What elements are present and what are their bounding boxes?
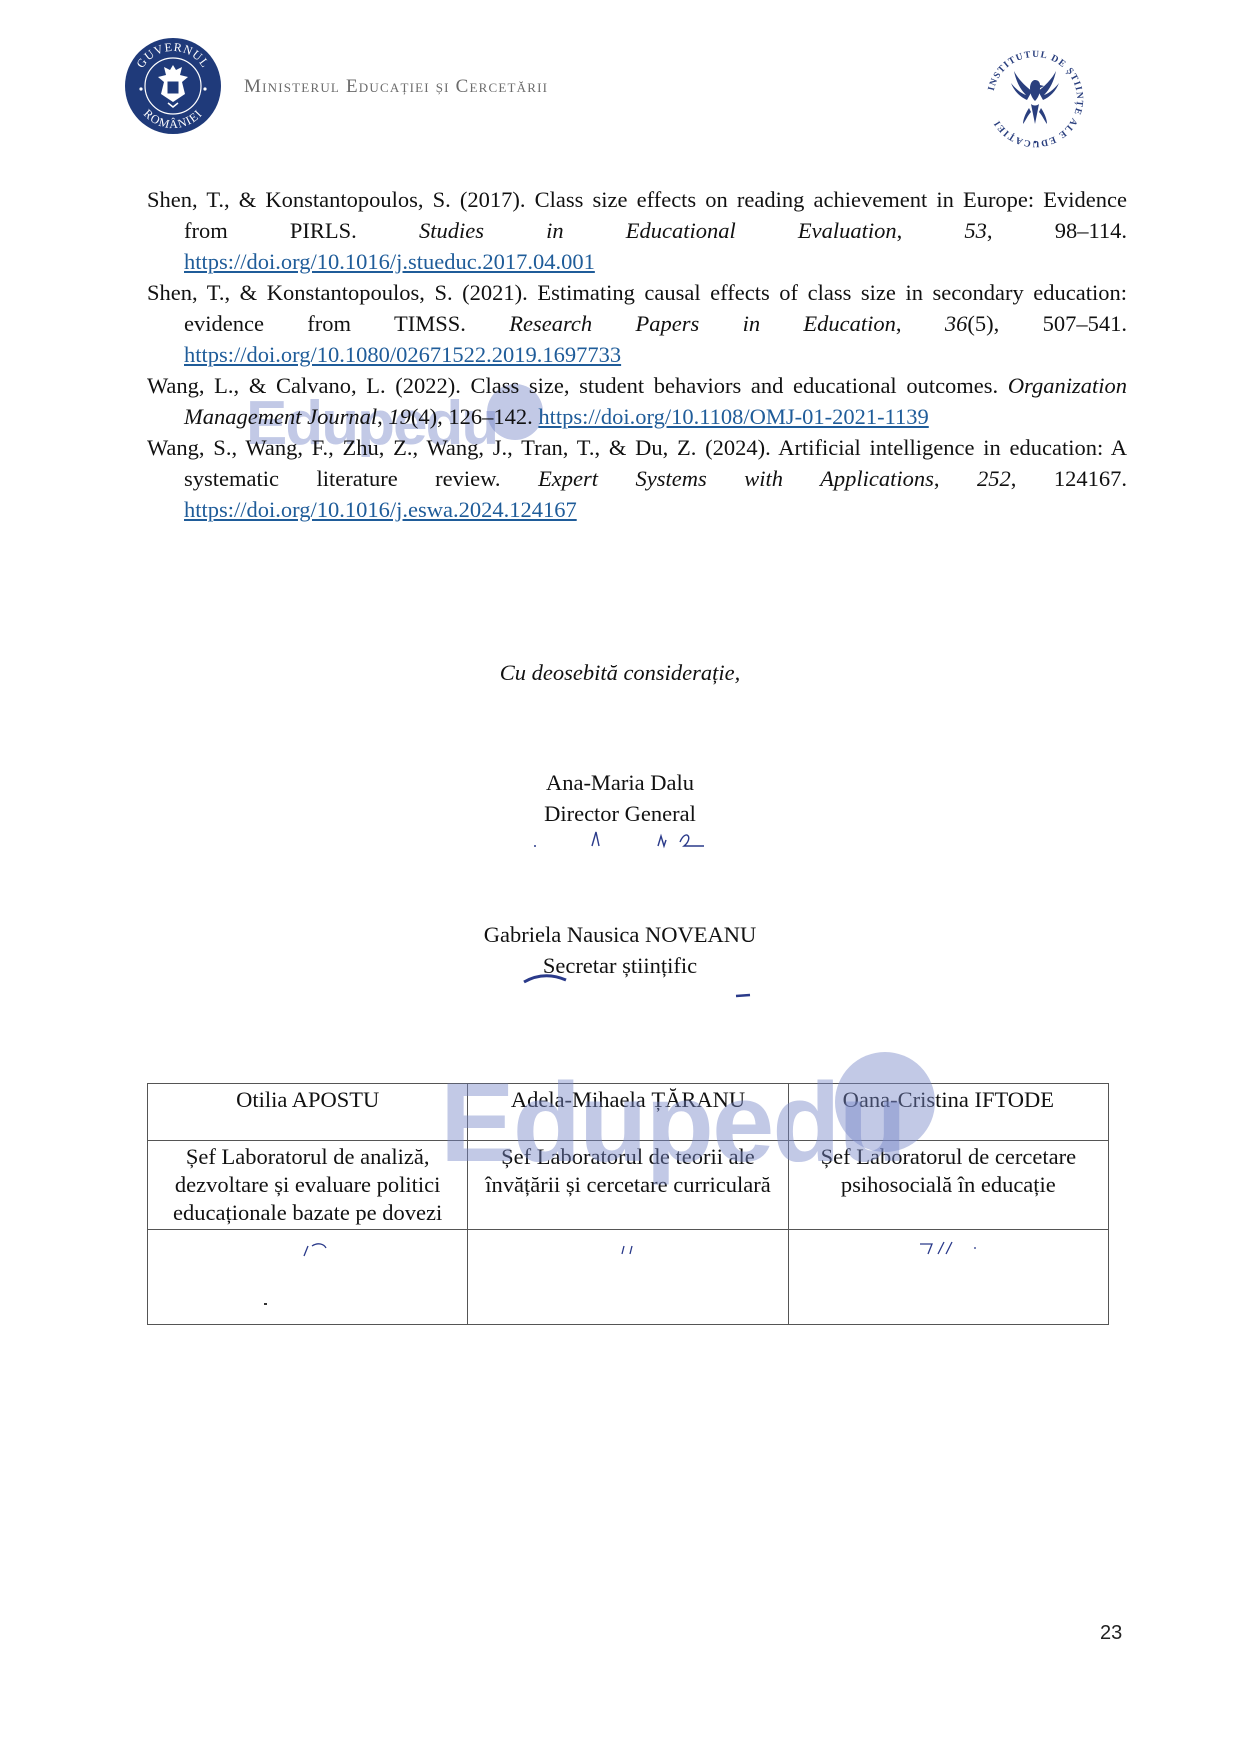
institutul-de-stiinte-ale-educatiei-phoenix-icon: INSTITUTUL DE ȘTIINȚE ALE EDUCAȚIEI [982,46,1088,152]
reference-list: Shen, T., & Konstantopoulos, S. (2017). … [147,184,1127,525]
reference-item: Shen, T., & Konstantopoulos, S. (2017). … [147,184,1127,277]
signature-scribble-icon [208,1232,408,1312]
signature-scribble-icon [848,1232,1048,1312]
table-cell-signature [468,1230,788,1325]
signature-scribble-icon [530,828,720,850]
page-number: 23 [1100,1622,1122,1645]
table-cell-role: Șef Laboratorul de analiză, dezvoltare ș… [148,1141,468,1230]
signatory-name: Gabriela Nausica NOVEANU [0,919,1240,950]
doi-link[interactable]: https://doi.org/10.1016/j.eswa.2024.1241… [184,497,577,522]
signatory-name: Ana-Maria Dalu [0,767,1240,798]
signatory-role: Director General [0,798,1240,829]
doi-link[interactable]: https://doi.org/10.1108/OMJ-01-2021-1139 [538,404,928,429]
ministry-name: Ministerul Educației și Cercetării [244,76,548,98]
table-cell-role: Șef Laboratorul de cercetare psihosocial… [788,1141,1108,1230]
signature-scribble-icon [520,972,760,1002]
table-row-roles: Șef Laboratorul de analiză, dezvoltare ș… [148,1141,1109,1230]
closing-salutation: Cu deosebită considerație, [0,660,1240,686]
reference-item: Shen, T., & Konstantopoulos, S. (2021). … [147,277,1127,370]
doi-link[interactable]: https://doi.org/10.1080/02671522.2019.16… [184,342,621,367]
reference-item: Wang, S., Wang, F., Zhu, Z., Wang, J., T… [147,432,1127,525]
doi-link[interactable]: https://doi.org/10.1016/j.stueduc.2017.0… [184,249,595,274]
table-cell-role: Șef Laboratorul de teorii ale învățării … [468,1141,788,1230]
guvernul-romaniei-seal-icon: GUVERNUL ROMÂNIEI [124,37,222,135]
table-cell-signature [788,1230,1108,1325]
reference-item: Wang, L., & Calvano, L. (2022). Class si… [147,370,1127,432]
table-cell-name: Adela-Mihaela ȚĂRANU [468,1084,788,1141]
signature-table: Otilia APOSTU Adela-Mihaela ȚĂRANU Oana-… [147,1083,1109,1325]
signature-scribble-icon [528,1232,728,1312]
table-cell-signature [148,1230,468,1325]
table-row-names: Otilia APOSTU Adela-Mihaela ȚĂRANU Oana-… [148,1084,1109,1141]
table-cell-name: Otilia APOSTU [148,1084,468,1141]
watermark-badge-icon [835,1052,935,1152]
signatory-director: Ana-Maria Dalu Director General [0,767,1240,829]
table-row-signatures [148,1230,1109,1325]
